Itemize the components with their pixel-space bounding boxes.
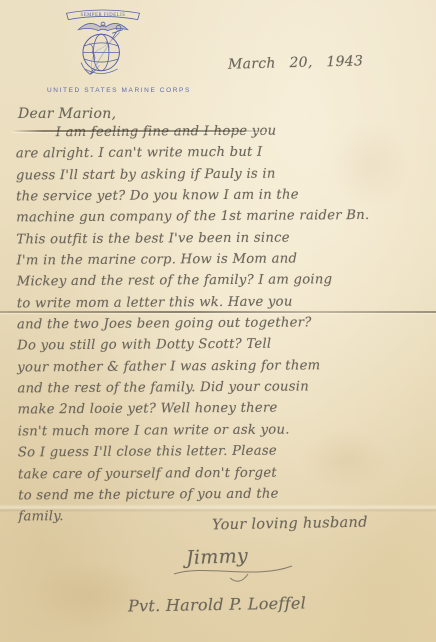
usmc-eagle-globe-anchor-icon: SEMPER FIDELIS [58, 5, 148, 89]
salutation: Dear Marion, [18, 106, 116, 122]
letter-line: and the two Joes been going out together… [17, 315, 427, 339]
letter-line: I am feeling fine and I hope you [16, 123, 426, 147]
letter-line: Do you still go with Dotty Scott? Tell [17, 336, 427, 360]
letter-line: So I guess I'll close this letter. Pleas… [18, 443, 428, 467]
letter-line: to send me the picture of you and the [18, 485, 428, 509]
letter-line: are alright. I can't write much but I [16, 144, 426, 168]
paper-age-spot [30, 560, 150, 630]
letter-line: your mother & father I was asking for th… [17, 357, 427, 381]
closing: Your loving husband [212, 515, 368, 534]
letter-date: March 20, 1943 [228, 53, 364, 73]
signature-flourish [170, 560, 300, 584]
letter-line: isn't much more I can write or ask you. [18, 421, 428, 445]
letter-body: I am feeling fine and I hope you are alr… [16, 123, 429, 531]
letter-line: guess I'll start by asking if Pauly is i… [16, 165, 426, 189]
letter-line: the service yet? Do you know I am in the [16, 187, 426, 211]
letter-line: I'm in the marine corp. How is Mom and [16, 251, 426, 275]
letter-line: This outfit is the best I've been in sin… [16, 229, 426, 253]
letter-line: machine gun company of the 1st marine ra… [16, 208, 426, 232]
ribbon-text: SEMPER FIDELIS [81, 13, 126, 18]
org-name: UNITED STATES MARINE CORPS [47, 87, 207, 94]
letter-line: and the rest of the family. Did your cou… [17, 379, 427, 403]
letter-line: Mickey and the rest of the family? I am … [17, 272, 427, 296]
letter-line: to write mom a letter this wk. Have you [17, 293, 427, 317]
signature-name: Pvt. Harold P. Loeffel [128, 593, 306, 615]
letter-line: make 2nd looie yet? Well honey there [18, 400, 428, 424]
letter-page: SEMPER FIDELIS UNITED STATES MARINE CORP… [0, 0, 436, 642]
letter-line: take care of yourself and don't forget [18, 464, 428, 488]
